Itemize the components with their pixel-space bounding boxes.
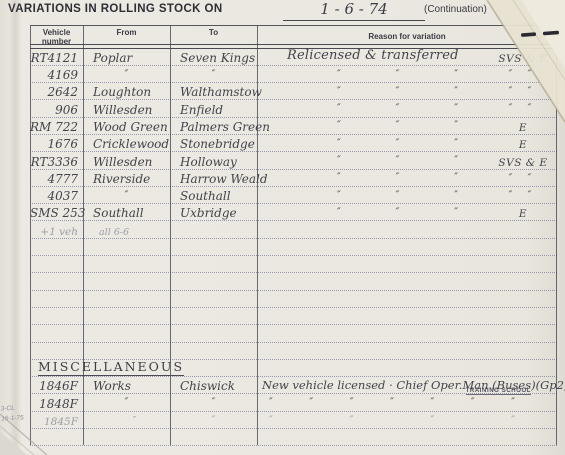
table-row: 1676CricklewoodStonebridge″″″E	[30, 135, 557, 152]
table-row: 2642LoughtonWalthamstow″″″″ ″	[30, 83, 557, 100]
ditto-mark: ″	[390, 395, 394, 411]
ditto-mark: ″	[396, 84, 400, 100]
table-border-left	[30, 26, 31, 445]
code-cell: SVS & E	[490, 53, 556, 65]
table-row	[30, 343, 557, 360]
code-cell: ″ ″	[490, 100, 556, 115]
code-cell: ″ ″	[490, 187, 556, 202]
vehicle-number-cell: RT4121	[30, 51, 83, 65]
ditto-mark: ″	[396, 170, 400, 186]
vehicle-number: +1 veh	[40, 226, 78, 240]
ditto-mark: ″	[454, 84, 458, 100]
reason-code: ″ ″	[509, 86, 538, 99]
to-cell: Harrow Weald	[170, 172, 257, 186]
vehicle-number: 1848F	[39, 397, 78, 413]
ditto-mark: ″	[511, 413, 515, 429]
continuation-label: (Continuation)	[424, 4, 487, 15]
from-cell: ″	[83, 394, 170, 409]
vehicle-number-cell: 4037	[30, 189, 83, 203]
table-row: 1845F″″″″″″	[30, 412, 557, 429]
column-header-from: From	[83, 26, 170, 44]
column-divider-2	[170, 26, 171, 445]
table-row: RT3336WillesdenHolloway″″″SVS & E	[30, 152, 557, 169]
from-value: ″	[125, 397, 129, 410]
ditto-mark: ″	[396, 188, 400, 204]
to-cell: ″	[170, 66, 257, 81]
table-row: 4169″″″″″″ ″	[30, 66, 557, 83]
ditto-mark: ″	[511, 395, 515, 411]
table-row: RT4121PoplarSeven KingsRelicensed & tran…	[30, 49, 557, 66]
table-header-row: Vehicle number From To Reason for variat…	[30, 26, 557, 44]
ditto-mark: ″	[431, 413, 435, 429]
ditto-mark: ″	[337, 205, 341, 221]
ditto-mark: ″	[471, 395, 475, 411]
reason-code: SVS & E	[498, 157, 547, 171]
vehicle-number: 4169	[47, 68, 78, 84]
vehicle-number: RT3336	[31, 155, 78, 171]
to-value: Enfield	[180, 103, 223, 119]
rolling-stock-table: Vehicle number From To Reason for variat…	[30, 25, 557, 445]
table-row	[30, 239, 557, 256]
from-value: Southall	[93, 206, 144, 222]
reason-cell: ″″″	[257, 67, 490, 83]
ditto-mark: ″	[454, 136, 458, 152]
code-cell: ″ ″	[490, 83, 556, 98]
reason-code: ″ ″	[509, 190, 538, 203]
vehicle-number: RT4121	[31, 51, 78, 67]
to-value: Walthamstow	[180, 85, 262, 101]
left-page-crease	[9, 0, 22, 455]
from-value: Poplar	[93, 51, 132, 67]
reason-cell: ″″″	[257, 170, 490, 186]
to-cell: Enfield	[170, 103, 257, 117]
vehicle-number-cell: 4169	[30, 68, 83, 82]
to-cell: Holloway	[170, 155, 257, 169]
to-cell: ″	[170, 412, 257, 427]
vehicle-number-cell: 906	[30, 103, 83, 117]
vehicle-number: 2642	[47, 85, 78, 101]
vehicle-number-cell: RM 722	[30, 120, 83, 134]
ditto-mark: ″	[337, 84, 341, 100]
ditto-mark: ″	[269, 413, 273, 429]
table-row: MISCELLANEOUS	[30, 360, 557, 377]
to-value: Harrow Weald	[180, 172, 268, 188]
ditto-mark: ″	[350, 413, 354, 429]
from-cell: ″	[83, 66, 170, 81]
vehicle-number: 4777	[47, 172, 78, 188]
reason-cell: ″″″	[257, 118, 490, 134]
vehicle-number-cell: RT3336	[30, 155, 83, 169]
from-cell: Loughton	[83, 85, 170, 99]
table-border-right	[556, 26, 557, 445]
ditto-mark: ″	[396, 136, 400, 152]
ditto-mark: ″	[350, 395, 354, 411]
to-value: Uxbridge	[180, 206, 237, 222]
from-value: Riverside	[93, 172, 150, 188]
ditto-mark: ″	[337, 136, 341, 152]
to-value: Southall	[180, 189, 231, 205]
page-title: VARIATIONS IN ROLLING STOCK ON	[8, 3, 223, 15]
table-row	[30, 291, 557, 308]
to-cell: Palmers Green	[170, 120, 257, 134]
vehicle-number: RM 722	[30, 120, 78, 136]
table-row: SMS 253SouthallUxbridge″″″E	[30, 204, 557, 221]
ditto-mark: ″	[337, 118, 341, 134]
to-cell: Stonebridge	[170, 137, 257, 151]
ditto-mark: ″	[337, 67, 341, 83]
from-value: Willesden	[93, 155, 152, 171]
from-cell: Poplar	[83, 51, 170, 65]
to-cell: Southall	[170, 189, 257, 203]
vehicle-number: 4037	[47, 189, 78, 205]
column-divider-3	[257, 26, 258, 445]
vehicle-number-cell: 1846F	[30, 379, 83, 393]
ditto-mark: ″	[431, 395, 435, 411]
from-value: ″	[125, 69, 129, 82]
to-cell: Seven Kings	[170, 51, 257, 65]
vehicle-number-cell: +1 veh	[30, 226, 83, 238]
ditto-mark: ″	[337, 188, 341, 204]
from-cell: Riverside	[83, 172, 170, 186]
vehicle-number-cell: 1848F	[30, 397, 83, 411]
vehicle-number-cell: 1676	[30, 137, 83, 151]
code-cell: SVS & E	[490, 157, 556, 169]
page-number: · 6	[529, 1, 548, 19]
reason-code: E	[519, 139, 527, 153]
from-cell: Cricklewood	[83, 137, 170, 151]
vehicle-number-cell: 4777	[30, 172, 83, 186]
from-value: Cricklewood	[93, 137, 169, 153]
column-header-reason: Reason for variation	[257, 26, 557, 44]
to-cell: Walthamstow	[170, 85, 257, 99]
to-value: Seven Kings	[180, 51, 255, 67]
reason-code: ″ ″	[509, 103, 538, 116]
ditto-mark: ″	[337, 153, 341, 169]
reason-cell: ″″″	[257, 205, 490, 221]
column-header-to: To	[170, 26, 257, 44]
reason-cell: ″″″″	[257, 413, 557, 429]
column-header-vehicle-number: Vehicle number	[30, 26, 83, 44]
ditto-mark: ″	[454, 153, 458, 169]
table-row	[30, 325, 557, 342]
vehicle-number: 1846F	[39, 379, 78, 395]
ditto-mark: ″	[337, 170, 341, 186]
vehicle-number-cell: SMS 253	[30, 206, 83, 220]
from-cell: Willesden	[83, 155, 170, 169]
reason-code: SVS & E	[498, 53, 547, 67]
reason-cell: ″″″	[257, 153, 490, 169]
code-cell: E	[490, 139, 556, 151]
from-cell: all 6-6	[83, 227, 170, 238]
from-cell: Willesden	[83, 103, 170, 117]
to-cell: Chiswick	[170, 379, 257, 393]
column-divider-1	[83, 26, 84, 445]
reason-code: ″ ″	[509, 173, 538, 186]
table-row: 4037″Southall″″″″ ″	[30, 187, 557, 204]
scanned-ledger-page: { "page": { "title": "VARIATIONS IN ROLL…	[0, 0, 565, 455]
ditto-mark: ″	[396, 67, 400, 83]
section-title: MISCELLANEOUS	[38, 360, 184, 376]
table-row: 906WillesdenEnfield″″″″ ″	[30, 100, 557, 117]
to-cell: ″	[170, 394, 257, 409]
to-value: ″	[212, 415, 216, 428]
to-value: ″	[212, 397, 216, 410]
to-value: ″	[212, 69, 216, 82]
ditto-mark: ″	[454, 67, 458, 83]
table-row: 1848F″″″″″″″″″	[30, 394, 557, 411]
table-row	[30, 256, 557, 273]
vehicle-number: 906	[55, 103, 78, 119]
ditto-mark: ″	[454, 188, 458, 204]
reason-cell: ″″″	[257, 188, 490, 204]
ditto-mark: ″	[309, 395, 313, 411]
reason-code: E	[519, 208, 527, 222]
ditto-mark: ″	[396, 118, 400, 134]
ditto-mark: ″	[454, 118, 458, 134]
vehicle-number-cell: 2642	[30, 85, 83, 99]
table-row	[30, 429, 557, 446]
table-row: 4777RiversideHarrow Weald″″″″ ″	[30, 170, 557, 187]
ditto-mark: ″	[454, 101, 458, 117]
code-cell: ″ ″	[490, 66, 556, 81]
to-value: Holloway	[180, 155, 237, 171]
from-cell: Works	[83, 379, 170, 393]
from-cell: Southall	[83, 206, 170, 220]
ditto-mark: ″	[396, 205, 400, 221]
ditto-mark: ″	[269, 395, 273, 411]
vehicle-number: 1845F	[44, 416, 78, 430]
from-cell: ″	[83, 187, 170, 202]
vehicle-number: SMS 253	[30, 206, 85, 222]
from-value: ″	[133, 415, 137, 428]
reason-cell: Relicensed & transferred	[257, 49, 490, 65]
vehicle-number: 1676	[47, 137, 78, 153]
code-cell: E	[490, 208, 556, 220]
code-cell: E	[490, 122, 556, 134]
from-cell: Wood Green	[83, 120, 170, 134]
reason-cell: ″″″	[257, 84, 490, 100]
table-row	[30, 308, 557, 325]
table-row: +1 vehall 6-6	[30, 221, 557, 238]
ditto-mark: ″	[396, 153, 400, 169]
table-row: 1846FWorksChiswickNew vehicle licensed ·…	[30, 377, 557, 394]
to-cell: Uxbridge	[170, 206, 257, 220]
date-handwritten: 1 - 6 - 74	[283, 0, 425, 21]
from-value: Wood Green	[93, 120, 168, 136]
reason-code: E	[519, 122, 527, 136]
from-value: Loughton	[93, 85, 151, 101]
from-value: Works	[93, 379, 131, 395]
from-cell: ″	[83, 412, 170, 426]
to-value: Chiswick	[180, 379, 235, 395]
table-body: RT4121PoplarSeven KingsRelicensed & tran…	[30, 49, 557, 447]
ditto-mark: ″	[454, 170, 458, 186]
ditto-mark: ″	[454, 205, 458, 221]
from-value: Willesden	[93, 103, 152, 119]
reason-text: Relicensed & transferred	[287, 49, 459, 65]
ditto-mark: ″	[396, 101, 400, 117]
ditto-mark: ″	[337, 101, 341, 117]
to-value: Stonebridge	[180, 137, 255, 153]
reason-cell: ″″″	[257, 136, 490, 152]
reason-cell: ″″″	[257, 101, 490, 117]
vehicle-number-cell: 1845F	[30, 416, 83, 428]
reason-code: ″ ″	[509, 69, 538, 82]
table-row: RM 722Wood GreenPalmers Green″″″E	[30, 118, 557, 135]
code-cell: ″ ″	[490, 170, 556, 185]
reason-cell: ″″″″″″″	[257, 395, 557, 411]
table-row	[30, 273, 557, 290]
from-value: ″	[125, 190, 129, 203]
